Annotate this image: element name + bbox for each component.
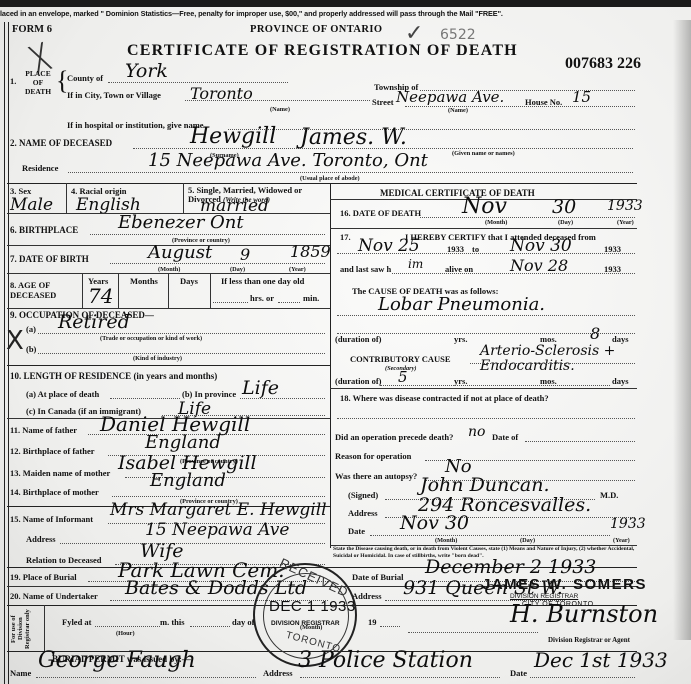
stamp-date: DEC 1 1933 [269, 598, 356, 615]
occupation-a-caption: (Trade or occupation or kind of work) [100, 335, 202, 342]
signed-label: (Signed) [348, 490, 378, 500]
mail-notice: laced in an envelope, marked " Dominion … [0, 9, 503, 18]
cause-duration-yrs-label: yrs. [454, 334, 467, 344]
occupation-a-value: Retired [58, 311, 130, 333]
age-months-label: Months [130, 276, 158, 286]
contrib-duration-days-label: days [612, 376, 629, 386]
physician-address-label: Address [348, 508, 378, 518]
form-number: FORM 6 [12, 24, 52, 35]
age-days-label: Days [180, 276, 198, 286]
physician-date-year: 1933 [610, 516, 646, 532]
certificate-title: CERTIFICATE OF REGISTRATION OF DEATH [127, 42, 518, 60]
surname-value: Hewgill [190, 124, 276, 149]
dod-day-value: 30 [552, 196, 576, 218]
given-names-caption: (Given name or names) [452, 150, 515, 157]
attended-from-year: 1933 [447, 244, 464, 254]
name-caption: (Name) [270, 106, 290, 113]
informant-address-value: 15 Neepawa Ave [145, 520, 289, 540]
physician-date-value: Nov 30 [400, 512, 469, 534]
father-name-label: 11. Name of father [10, 425, 77, 435]
county-value: York [125, 60, 168, 82]
occupation-b-caption: (Kind of industry) [133, 355, 182, 362]
age-hrs-label: hrs. or [250, 293, 274, 303]
mother-birthplace-value: England [150, 470, 226, 491]
operation-date-label: Date of [492, 432, 518, 442]
age-min-label: min. [303, 293, 319, 303]
hour-caption: (Hour) [116, 630, 135, 637]
physician-date-label: Date [348, 526, 365, 536]
operation-label: Did an operation precede death? [335, 432, 453, 442]
residence-label: Residence [22, 163, 58, 173]
undertaker-label: 20. Name of Undertaker [10, 591, 98, 601]
father-birthplace-label: 12. Birthplace of father [10, 446, 95, 456]
registrar-signature: H. Burnston [510, 600, 658, 628]
autopsy-label: Was there an autopsy? [335, 471, 417, 481]
residence-b-label: (b) In province [182, 389, 236, 399]
dob-month-caption: (Month) [158, 266, 180, 273]
signed-value: John Duncan. [420, 474, 550, 496]
house-number-value: 15 [572, 88, 591, 106]
residence-caption: (Usual place of abode) [300, 175, 360, 182]
dod-day-caption: (Day) [558, 219, 573, 226]
occupation-a-label: (a) [26, 324, 36, 334]
last-saw-pronoun: im [408, 257, 423, 271]
permit-address-value: 3 Police Station [298, 648, 473, 673]
disease-contracted-label: 18. Where was disease contracted if not … [340, 393, 549, 403]
place-of-burial-label: 19. Place of Burial [10, 572, 77, 582]
province-heading: PROVINCE OF ONTARIO [250, 24, 382, 35]
contributory-cause-label: CONTRIBUTORY CAUSE [350, 354, 451, 364]
given-names-value: James. W. [300, 125, 407, 150]
occupation-b-label: (b) [26, 344, 36, 354]
md-label: M.D. [600, 490, 618, 500]
mother-maiden-name-label: 13. Maiden name of mother [10, 468, 110, 478]
informant-name-label: 15. Name of Informant [10, 514, 93, 524]
stamp-month-caption: (Month) [300, 624, 322, 631]
age-less-than-day-label: If less than one day old [221, 276, 304, 286]
physician-year-caption: (Year) [613, 537, 630, 544]
permit-address-label: Address [263, 668, 293, 678]
dod-year-value: 1933 [607, 198, 643, 214]
sex-value: Male [10, 195, 53, 215]
cause-duration-label: (duration of) [335, 334, 382, 344]
date-of-burial-value: December 2 1933 [425, 556, 596, 578]
place-of-death-label: PLACE OF DEATH [23, 69, 53, 96]
hospital-label: If in hospital or institution, give name [67, 120, 204, 130]
residence-b-value: Life [242, 377, 279, 399]
annotation-x-mark: X [6, 326, 24, 356]
street-name-caption: (Name) [448, 107, 468, 114]
date-of-burial-label: Date of Burial [352, 572, 403, 582]
cause-of-death-value: Lobar Pneumonia. [378, 294, 545, 315]
city-label: If in City, Town or Village [67, 90, 161, 100]
permit-date-value: Dec 1st 1933 [534, 648, 668, 672]
reason-for-operation-label: Reason for operation [335, 451, 411, 461]
registrar-title-stamp: DIVISION REGISTRAR [510, 593, 578, 600]
informant-name-value: Mrs Margaret E. Hewgill [110, 500, 327, 520]
physician-day-caption: (Day) [520, 537, 535, 544]
scan-top-edge [0, 0, 691, 7]
dob-day-caption: (Day) [230, 266, 245, 273]
street-label: Street [372, 97, 394, 107]
attended-to-year: 1933 [604, 244, 621, 254]
dob-month-value: August [148, 242, 212, 263]
day-of-label: day of [232, 617, 254, 627]
attended-from-value: Nov 25 [358, 236, 420, 256]
permit-name-label: Name [10, 668, 31, 678]
dod-month-value: Nov [462, 194, 507, 219]
handwritten-reg-number: 6522 [440, 27, 476, 43]
cause-duration-days-value: 8 [590, 324, 600, 343]
residence-a-label: (a) At place of death [26, 389, 99, 399]
attended-to-value: Nov 30 [510, 236, 572, 256]
physician-month-caption: (Month) [435, 537, 457, 544]
relation-label: Relation to Deceased [26, 555, 102, 565]
date-of-birth-label: 7. DATE OF BIRTH [10, 254, 89, 264]
death-certificate: laced in an envelope, marked " Dominion … [0, 0, 691, 684]
permit-name-value: George Faugh [38, 648, 196, 673]
birthplace-value: Ebenezer Ont [118, 212, 244, 233]
operation-value: no [468, 424, 485, 440]
length-of-residence-label: 10. LENGTH OF RESIDENCE (in years and mo… [10, 371, 217, 381]
residence-value: 15 Neepawa Ave. Toronto, Ont [148, 150, 428, 171]
mother-birthplace-label: 14. Birthplace of mother [10, 487, 99, 497]
contributory-cause-value: Arterio-Sclerosis + Endocarditis. [480, 344, 640, 374]
age-of-deceased-label: 8. AGE OF DECEASED [10, 280, 75, 300]
scan-right-edge [673, 20, 691, 640]
serial-number: 007683 226 [565, 55, 641, 73]
date-of-death-label: 16. DATE OF DEATH [340, 208, 421, 218]
father-birthplace-value: England [145, 432, 221, 453]
birthplace-label: 6. BIRTHPLACE [10, 225, 78, 235]
section-1-number: 1. [10, 76, 16, 86]
undertaker-address-label: Address [352, 591, 382, 601]
fyled-year-prefix: 19 [368, 617, 377, 627]
m-this-label: m. this [160, 617, 185, 627]
permit-date-label: Date [510, 668, 527, 678]
age-years-value: 74 [88, 284, 113, 308]
medical-certificate-heading: MEDICAL CERTIFICATE OF DEATH [380, 188, 535, 198]
contrib-duration-label: (duration of) [335, 376, 382, 386]
street-value: Neepawa Ave. [396, 88, 504, 106]
informant-address-label: Address [26, 534, 56, 544]
registrar-name-stamp: JAMES W. SOMERS [482, 576, 647, 593]
registrar-use-label: For use of Division Registrar only [10, 607, 44, 651]
dob-year-caption: (Year) [289, 266, 306, 273]
contrib-duration-yrs-value: 5 [398, 368, 408, 386]
fyled-at-label: Fyled at [62, 617, 92, 627]
dod-month-caption: (Month) [485, 219, 507, 226]
county-label: County of [67, 73, 103, 83]
to-label: to [472, 244, 479, 254]
registrar-signature-caption: Division Registrar or Agent [548, 636, 630, 644]
last-saw-label: and last saw h [340, 264, 391, 274]
dob-year-value: 1859 [290, 242, 331, 261]
name-of-deceased-label: 2. NAME OF DECEASED [10, 138, 112, 148]
certify-number: 17. [340, 232, 351, 242]
city-value: Toronto [190, 84, 253, 103]
dod-year-caption: (Year) [617, 219, 634, 226]
dob-day-value: 9 [240, 245, 250, 264]
